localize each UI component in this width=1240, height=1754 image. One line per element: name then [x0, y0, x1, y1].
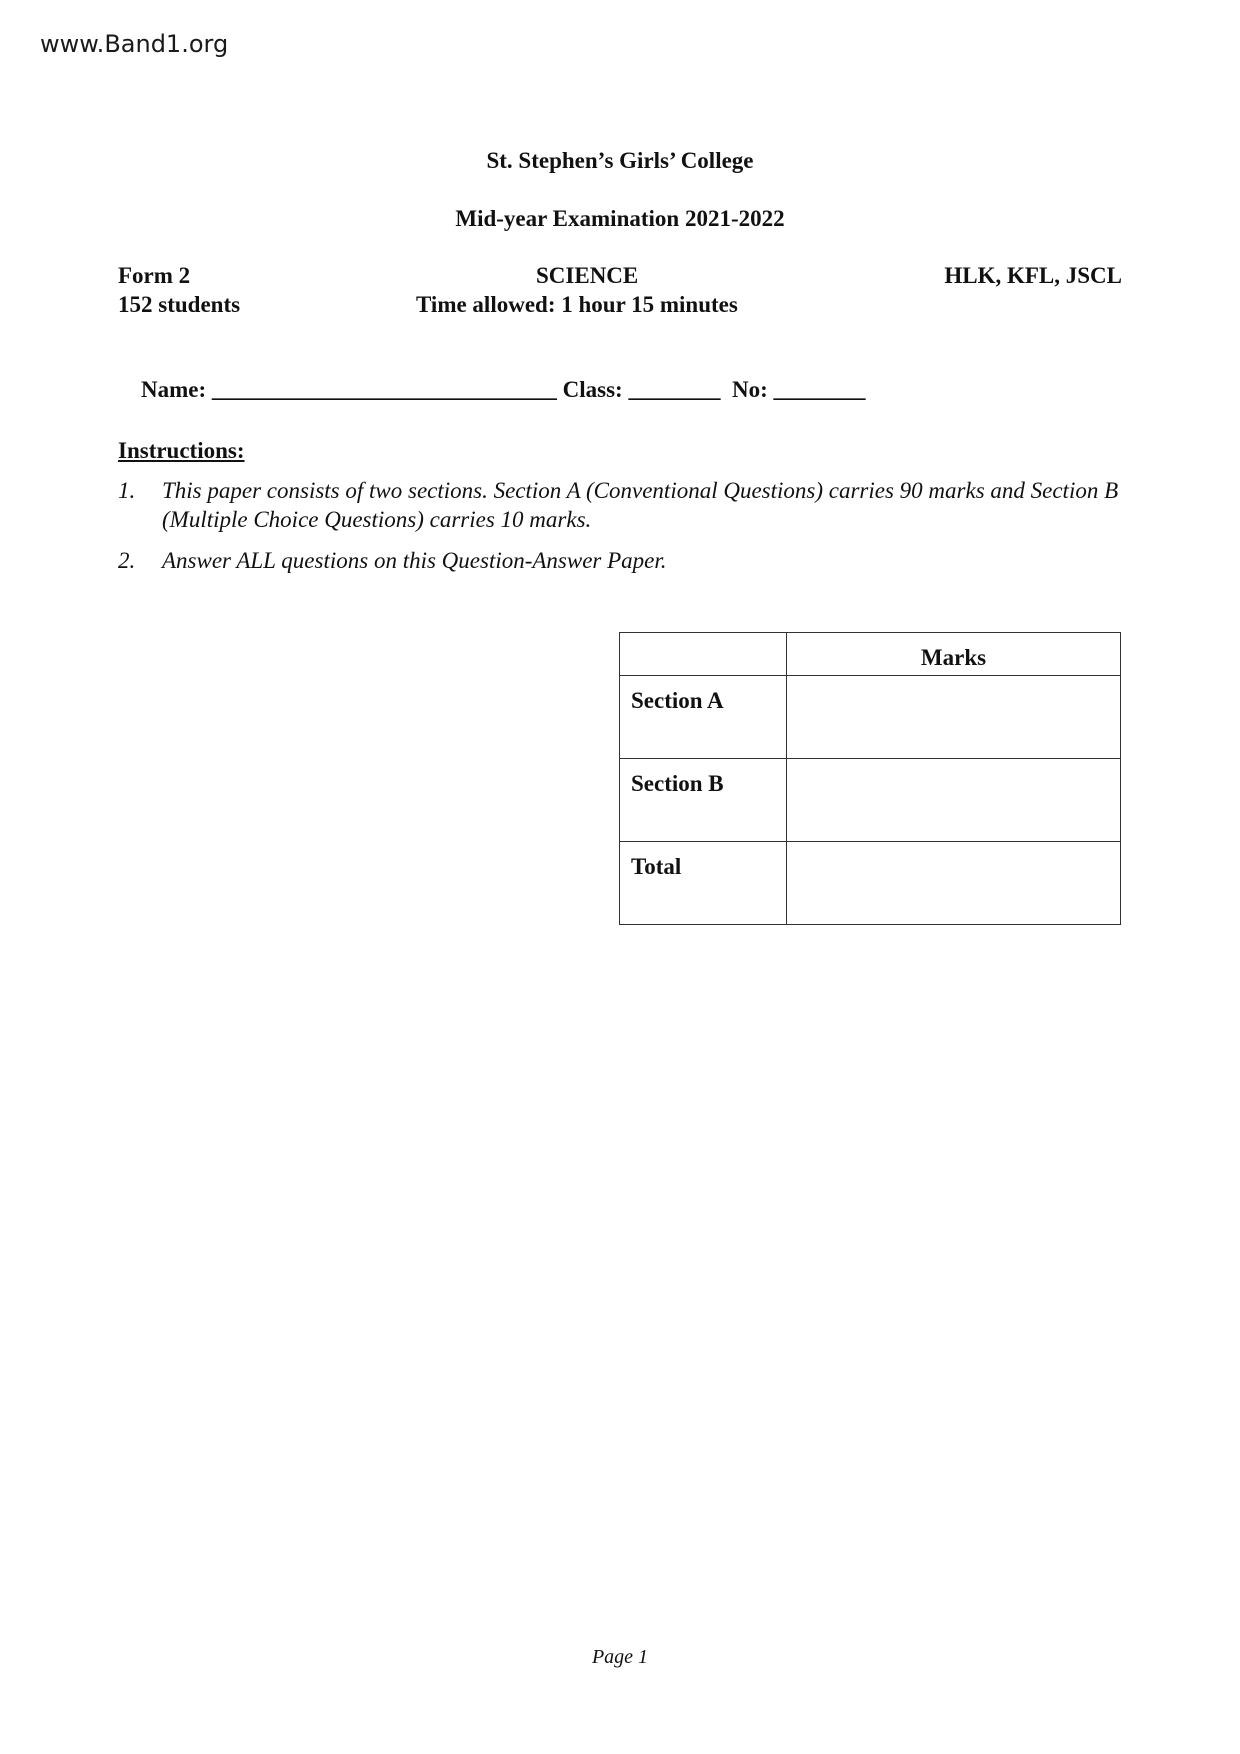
class-field[interactable]: ________ — [628, 377, 720, 402]
table-row: Section A — [620, 676, 1121, 759]
marks-cell-total[interactable] — [787, 842, 1121, 925]
name-label: Name: — [141, 377, 206, 402]
time-allowed: Time allowed: 1 hour 15 minutes — [416, 292, 738, 318]
instruction-number: 2. — [118, 546, 158, 575]
row-label-section-b: Section B — [620, 759, 786, 797]
watermark: www.Band1.org — [40, 30, 228, 58]
marks-table-header: Marks — [620, 633, 1121, 676]
school-name: St. Stephen’s Girls’ College — [0, 148, 1240, 174]
class-label: Class: — [563, 377, 623, 402]
marks-header: Marks — [787, 633, 1121, 676]
table-row: Section B — [620, 759, 1121, 842]
student-count: 152 students — [118, 292, 240, 318]
teachers: HLK, KFL, JSCL — [944, 263, 1122, 289]
marks-header-blank — [620, 633, 787, 676]
subject: SCIENCE — [536, 263, 638, 289]
table-row: Total — [620, 842, 1121, 925]
instruction-text: Answer ALL questions on this Question-An… — [162, 546, 1162, 575]
instruction-number: 1. — [118, 476, 158, 505]
marks-table: Marks Section A Section B Total — [619, 632, 1121, 925]
row-label-section-a: Section A — [620, 676, 786, 714]
number-label: No: — [732, 377, 768, 402]
instructions-heading: Instructions: — [118, 438, 245, 464]
number-field[interactable]: ________ — [773, 377, 865, 402]
row-label-total: Total — [620, 842, 786, 880]
name-field-row: Name: ______________________________ Cla… — [118, 351, 865, 429]
form-level: Form 2 — [118, 263, 190, 289]
exam-title: Mid-year Examination 2021-2022 — [0, 206, 1240, 232]
instruction-text: This paper consists of two sections. Sec… — [162, 476, 1162, 534]
name-field[interactable]: ______________________________ — [212, 377, 557, 402]
marks-cell-section-b[interactable] — [787, 759, 1121, 842]
page-number: Page 1 — [0, 1646, 1240, 1669]
marks-cell-section-a[interactable] — [787, 676, 1121, 759]
